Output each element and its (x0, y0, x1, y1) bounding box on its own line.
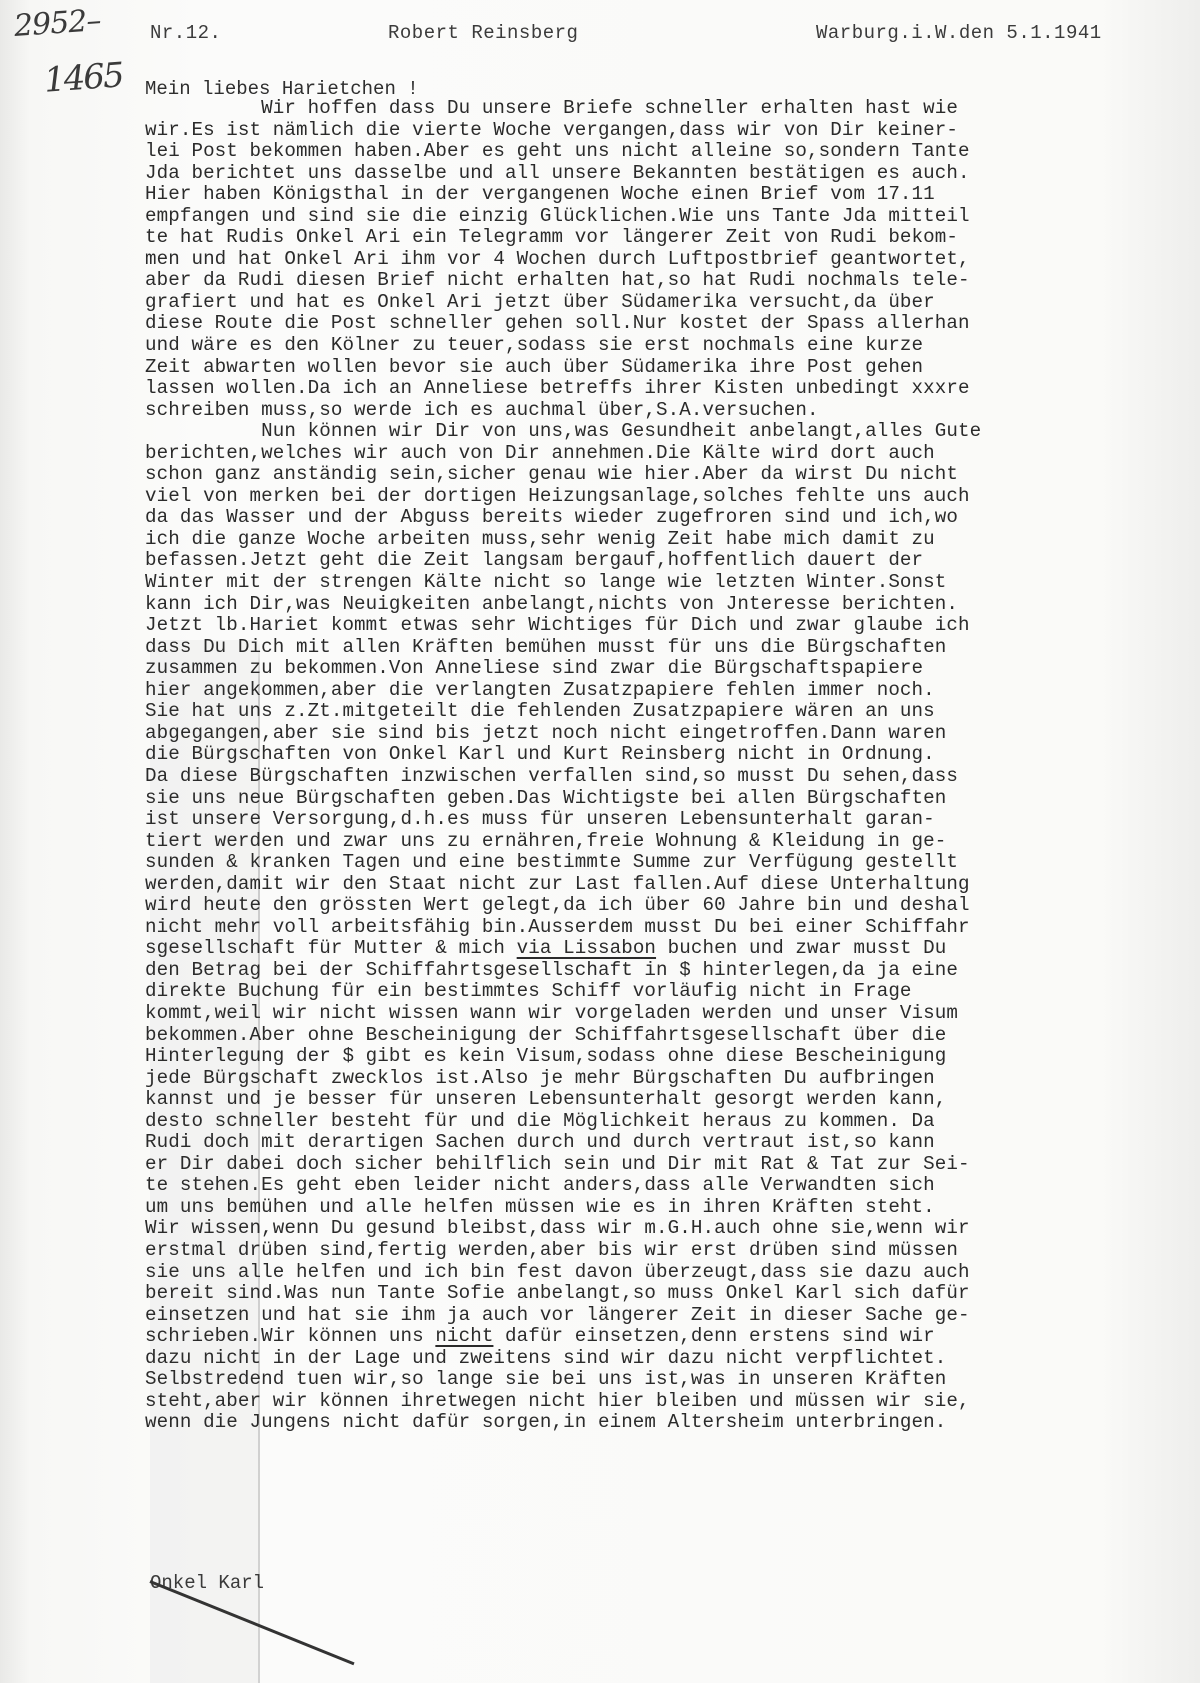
letter-line: Hier haben Königsthal in der vergangenen… (145, 184, 1195, 206)
letter-line: wenn die Jungens nicht dafür sorgen,in e… (145, 1412, 1195, 1434)
letter-line: einsetzen und hat sie ihm ja auch vor lä… (145, 1305, 1195, 1327)
letter-line: te hat Rudis Onkel Ari ein Telegramm vor… (145, 227, 1195, 249)
letter-line: Wir wissen,wenn Du gesund bleibst,dass w… (145, 1218, 1195, 1240)
letter-line: schreiben muss,so werde ich es auchmal ü… (145, 400, 1195, 422)
letter-line: nicht mehr voll arbeitsfähig bin.Ausserd… (145, 917, 1195, 939)
letter-line: werden,damit wir den Staat nicht zur Las… (145, 874, 1195, 896)
letter-line: um uns bemühen und alle helfen müssen wi… (145, 1197, 1195, 1219)
letter-line: und wäre es den Kölner zu teuer,sodass s… (145, 335, 1195, 357)
letter-line: hier angekommen,aber die verlangten Zusa… (145, 680, 1195, 702)
letter-line: viel von merken bei der dortigen Heizung… (145, 486, 1195, 508)
letter-page: 2952– 1465 Nr.12. Robert Reinsberg Warbu… (0, 0, 1200, 1683)
letter-line: abgegangen,aber sie sind bis jetzt noch … (145, 723, 1195, 745)
letter-line: jede Bürgschaft zwecklos ist.Also je meh… (145, 1068, 1195, 1090)
letter-line: Wir hoffen dass Du unsere Briefe schnell… (145, 98, 1195, 120)
underlined-phrase: nicht (435, 1325, 493, 1347)
letter-line: bekommen.Aber ohne Bescheinigung der Sch… (145, 1025, 1195, 1047)
letter-line: die Bürgschaften von Onkel Karl und Kurt… (145, 744, 1195, 766)
letter-line: diese Route die Post schneller gehen sol… (145, 313, 1195, 335)
letter-line: ist unsere Versorgung,d.h.es muss für un… (145, 809, 1195, 831)
letter-line: erstmal drüben sind,fertig werden,aber b… (145, 1240, 1195, 1262)
letter-line: kommt,weil wir nicht wissen wann wir vor… (145, 1003, 1195, 1025)
letter-line: men und hat Onkel Ari ihm vor 4 Wochen d… (145, 249, 1195, 271)
letter-line: Jda berichtet uns dasselbe und all unser… (145, 163, 1195, 185)
letter-line: schon ganz anständig sein,sicher genau w… (145, 464, 1195, 486)
letter-line: er Dir dabei doch sicher behilflich sein… (145, 1154, 1195, 1176)
underlined-phrase: via Lissabon (517, 937, 656, 959)
struck-signature: Onkel Karl (150, 1572, 264, 1594)
letter-line: da das Wasser und der Abguss bereits wie… (145, 507, 1195, 529)
letter-line: dazu nicht in der Lage und zweitens sind… (145, 1348, 1195, 1370)
letter-line: wir.Es ist nämlich die vierte Woche verg… (145, 120, 1195, 142)
letter-line: lassen wollen.Da ich an Anneliese betref… (145, 378, 1195, 400)
letter-line: Sie hat uns z.Zt.mitgeteilt die fehlende… (145, 701, 1195, 723)
letter-line: sgesellschaft für Mutter & mich via Liss… (145, 938, 1195, 960)
letter-line: empfangen und sind sie die einzig Glückl… (145, 206, 1195, 228)
letter-line: direkte Buchung für ein bestimmtes Schif… (145, 981, 1195, 1003)
letter-line: Jetzt lb.Hariet kommt etwas sehr Wichtig… (145, 615, 1195, 637)
letter-line: sie uns alle helfen und ich bin fest dav… (145, 1262, 1195, 1284)
letter-line: Da diese Bürgschaften inzwischen verfall… (145, 766, 1195, 788)
letter-line: kann ich Dir,was Neuigkeiten anbelangt,n… (145, 594, 1195, 616)
handwritten-note: 1465 (43, 55, 124, 100)
letter-line: wird heute den grössten Wert gelegt,da i… (145, 895, 1195, 917)
letter-line: tiert werden und zwar uns zu ernähren,fr… (145, 831, 1195, 853)
letter-line: den Betrag bei der Schiffahrtsgesellscha… (145, 960, 1195, 982)
letter-line: dass Du Dich mit allen Kräften bemühen m… (145, 637, 1195, 659)
letter-line: sie uns neue Bürgschaften geben.Das Wich… (145, 788, 1195, 810)
letter-line: bereit sind.Was nun Tante Sofie anbelang… (145, 1283, 1195, 1305)
letter-line: Hinterlegung der $ gibt es kein Visum,so… (145, 1046, 1195, 1068)
letter-line: sunden & kranken Tagen und eine bestimmt… (145, 852, 1195, 874)
letter-line: Nun können wir Dir von uns,was Gesundhei… (145, 421, 1195, 443)
sender-name: Robert Reinsberg (388, 22, 578, 44)
letter-line: Rudi doch mit derartigen Sachen durch un… (145, 1132, 1195, 1154)
letter-number: Nr.12. (150, 22, 221, 44)
letter-line: grafiert und hat es Onkel Ari jetzt über… (145, 292, 1195, 314)
letter-line: Winter mit der strengen Kälte nicht so l… (145, 572, 1195, 594)
letter-line: schrieben.Wir können uns nicht dafür ein… (145, 1326, 1195, 1348)
letter-line: steht,aber wir können ihretwegen nicht h… (145, 1391, 1195, 1413)
letter-line: befassen.Jetzt geht die Zeit langsam ber… (145, 550, 1195, 572)
letter-line: zusammen zu bekommen.Von Anneliese sind … (145, 658, 1195, 680)
letter-line: desto schneller besteht für und die Mögl… (145, 1111, 1195, 1133)
place-and-date: Warburg.i.W.den 5.1.1941 (816, 22, 1102, 44)
letter-line: Zeit abwarten wollen bevor sie auch über… (145, 357, 1195, 379)
handwritten-archive-number: 2952– (13, 3, 102, 44)
letter-line: kannst und je besser für unseren Lebensu… (145, 1089, 1195, 1111)
letter-line: lei Post bekommen haben.Aber es geht uns… (145, 141, 1195, 163)
letter-line: Selbstredend tuen wir,so lange sie bei u… (145, 1369, 1195, 1391)
letter-line: aber da Rudi diesen Brief nicht erhalten… (145, 270, 1195, 292)
letter-body: Wir hoffen dass Du unsere Briefe schnell… (145, 98, 1195, 1434)
letter-line: ich die ganze Woche arbeiten muss,sehr w… (145, 529, 1195, 551)
letter-line: berichten,welches wir auch von Dir anneh… (145, 443, 1195, 465)
letter-line: te stehen.Es geht eben leider nicht ande… (145, 1175, 1195, 1197)
